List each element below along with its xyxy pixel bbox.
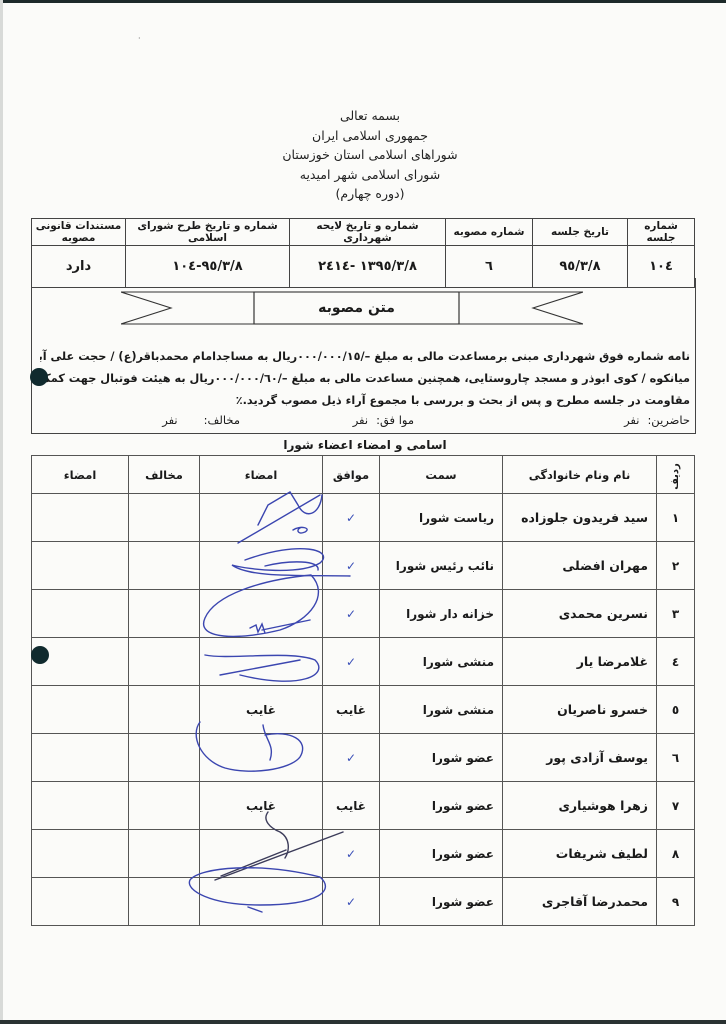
- resolution-title: متن مصوبه: [254, 291, 459, 325]
- resolution-line-3: مقاومت در جلسه مطرح و پس از بحث و بررسی …: [40, 390, 690, 412]
- oppose-signature-cell: [32, 878, 129, 926]
- oppose-label: مخالف:: [204, 413, 240, 427]
- oppose-cell: [129, 830, 200, 878]
- agree-signature-cell: [200, 734, 323, 782]
- present-label: حاضرین:: [647, 413, 690, 427]
- header-line-province-councils: شوراهای اسلامی استان خوزستان: [240, 145, 500, 165]
- scan-edge-left: [0, 0, 3, 1024]
- present-count: حاضرین:نفر: [616, 413, 690, 427]
- scan-edge-top: [0, 0, 726, 3]
- header-oppose: مخالف: [129, 456, 200, 494]
- member-role: عضو شورا: [380, 878, 503, 926]
- oppose-cell: [129, 782, 200, 830]
- row-no: ٥: [657, 686, 695, 734]
- oppose-cell: [129, 590, 200, 638]
- agree-signature-cell: [200, 830, 323, 878]
- table-row: ٧ زهرا هوشیاری عضو شورا غایب غایب: [32, 782, 695, 830]
- member-role: عضو شورا: [380, 782, 503, 830]
- agree-check: ✓: [323, 494, 380, 542]
- member-name: نسرین محمدی: [503, 590, 657, 638]
- resolution-line-1: نامه شماره فوق شهرداری مبنی برمساعدت مال…: [40, 346, 690, 368]
- oppose-cell: [129, 542, 200, 590]
- punch-hole-icon: [31, 646, 49, 664]
- oppose-unit: نفر: [162, 413, 177, 427]
- agree-unit: نفر: [353, 413, 368, 427]
- agree-check: ✓: [323, 878, 380, 926]
- row-no: ٣: [657, 590, 695, 638]
- agree-signature-cell: [200, 542, 323, 590]
- header-resolution-no: شماره مصوبه: [446, 219, 533, 246]
- punch-hole-icon: [30, 368, 48, 386]
- oppose-signature-cell: [32, 542, 129, 590]
- agree-signature-cell: [200, 590, 323, 638]
- header-row-no: ردیف: [657, 456, 695, 494]
- oppose-cell: [129, 734, 200, 782]
- header-line-city-council: شورای اسلامی شهر امیدیه: [240, 165, 500, 185]
- members-table: ردیف نام ونام خانوادگی سمت موافق امضاء م…: [31, 455, 695, 926]
- member-name: خسرو ناصریان: [503, 686, 657, 734]
- members-title: اسامی و امضاء اعضاء شورا: [240, 438, 490, 452]
- oppose-cell: [129, 494, 200, 542]
- header-session-date: تاریخ جلسه: [533, 219, 628, 246]
- row-no: ٤: [657, 638, 695, 686]
- table-row: ٤ غلامرضا یار منشی شورا ✓: [32, 638, 695, 686]
- header-line-basmala: بسمه تعالی: [240, 106, 500, 126]
- row-no: ١: [657, 494, 695, 542]
- member-name: مهران افضلی: [503, 542, 657, 590]
- header-session-no: شماره جلسه: [628, 219, 695, 246]
- document-header: بسمه تعالی جمهوری اسلامی ایران شوراهای ا…: [240, 106, 500, 204]
- member-role: عضو شورا: [380, 830, 503, 878]
- oppose-cell: [129, 638, 200, 686]
- agree-absent: غایب: [323, 782, 380, 830]
- header-municipal-bill: شماره و تاریخ لایحه شهرداری: [290, 219, 446, 246]
- header-line-republic: جمهوری اسلامی ایران: [240, 126, 500, 146]
- info-header-row: شماره جلسه تاریخ جلسه شماره مصوبه شماره …: [32, 219, 695, 246]
- resolution-line-2: میانکوه / کوی ابوذر و مسجد چاروستایی، هم…: [40, 368, 690, 390]
- member-role: خزانه دار شورا: [380, 590, 503, 638]
- agree-absent: غایب: [323, 686, 380, 734]
- header-legal-docs: مستندات قانونی مصوبه: [32, 219, 126, 246]
- member-name: یوسف آزادی پور: [503, 734, 657, 782]
- row-no: ٨: [657, 830, 695, 878]
- table-row: ٣ نسرین محمدی خزانه دار شورا ✓: [32, 590, 695, 638]
- agree-signature-cell: [200, 494, 323, 542]
- agree-check: ✓: [323, 638, 380, 686]
- member-role: منشی شورا: [380, 686, 503, 734]
- oppose-signature-cell: [32, 590, 129, 638]
- agree-check: ✓: [323, 830, 380, 878]
- agree-signature-absent: غایب: [200, 686, 323, 734]
- table-row: ١ سید فریدون جلوزاده ریاست شورا ✓: [32, 494, 695, 542]
- member-name: زهرا هوشیاری: [503, 782, 657, 830]
- oppose-signature-cell: [32, 782, 129, 830]
- table-row: ٩ محمدرضا آقاجری عضو شورا ✓: [32, 878, 695, 926]
- oppose-signature-cell: [32, 494, 129, 542]
- oppose-signature-cell: [32, 734, 129, 782]
- oppose-cell: [129, 878, 200, 926]
- header-line-term: (دوره چهارم): [240, 184, 500, 204]
- header-oppose-sign: امضاء: [32, 456, 129, 494]
- member-role: نائب رئیس شورا: [380, 542, 503, 590]
- member-role: عضو شورا: [380, 734, 503, 782]
- agree-check: ✓: [323, 542, 380, 590]
- row-no: ٧: [657, 782, 695, 830]
- scan-edge-bottom: [0, 1020, 726, 1024]
- oppose-cell: [129, 686, 200, 734]
- agree-label: موا فق:: [376, 413, 414, 427]
- table-row: ٦ یوسف آزادی پور عضو شورا ✓: [32, 734, 695, 782]
- member-name: لطیف شریفات: [503, 830, 657, 878]
- row-no: ٩: [657, 878, 695, 926]
- oppose-signature-cell: [32, 830, 129, 878]
- header-name: نام ونام خانوادگی: [503, 456, 657, 494]
- member-name: غلامرضا یار: [503, 638, 657, 686]
- table-row: ٢ مهران افضلی نائب رئیس شورا ✓: [32, 542, 695, 590]
- header-agree: موافق: [323, 456, 380, 494]
- agree-check: ✓: [323, 734, 380, 782]
- oppose-signature-cell: [32, 686, 129, 734]
- header-council-plan: شماره و تاریخ طرح شورای اسلامی: [126, 219, 290, 246]
- agree-signature-cell: [200, 638, 323, 686]
- agree-check: ✓: [323, 590, 380, 638]
- header-agree-sign: امضاء: [200, 456, 323, 494]
- member-role: منشی شورا: [380, 638, 503, 686]
- present-unit: نفر: [624, 413, 639, 427]
- member-role: ریاست شورا: [380, 494, 503, 542]
- stray-mark: ·: [138, 34, 141, 43]
- agree-signature-absent: غایب: [200, 782, 323, 830]
- agree-signature-cell: [200, 878, 323, 926]
- row-no: ٦: [657, 734, 695, 782]
- table-row: ٨ لطیف شریفات عضو شورا ✓: [32, 830, 695, 878]
- members-header-row: ردیف نام ونام خانوادگی سمت موافق امضاء م…: [32, 456, 695, 494]
- member-name: سید فریدون جلوزاده: [503, 494, 657, 542]
- member-name: محمدرضا آقاجری: [503, 878, 657, 926]
- agree-count: موا فق:نفر: [345, 413, 414, 427]
- table-row: ٥ خسرو ناصریان منشی شورا غایب غایب: [32, 686, 695, 734]
- row-no: ٢: [657, 542, 695, 590]
- resolution-text: نامه شماره فوق شهرداری مبنی برمساعدت مال…: [40, 346, 690, 412]
- oppose-count: مخالف:نفر: [154, 413, 240, 427]
- header-role: سمت: [380, 456, 503, 494]
